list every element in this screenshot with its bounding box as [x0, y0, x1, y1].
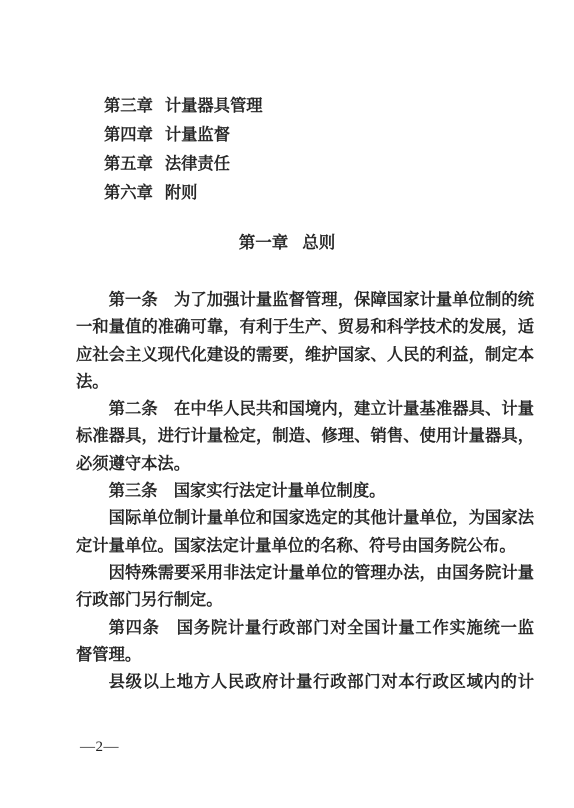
article-paragraph: 第四条 国务院计量行政部门对全国计量工作实施统一监 督管理。: [76, 615, 534, 670]
toc-chapter-number: 第四章: [104, 126, 153, 144]
article-paragraph: 第三条 国家实行法定计量单位制度。: [76, 478, 534, 505]
toc-chapter-number: 第三章: [104, 97, 153, 115]
toc-row: 第五章法律责任: [104, 150, 263, 179]
document-page: 第三章计量器具管理 第四章计量监督 第五章法律责任 第六章附则 第一章总则 第一…: [0, 0, 574, 808]
text-line: 第一条 为了加强计量监督管理，保障国家计量单位制的统: [76, 287, 534, 314]
article-paragraph: 国际单位制计量单位和国家选定的其他计量单位，为国家法 定计量单位。国家法定计量单…: [76, 505, 534, 560]
chapter-heading: 第一章总则: [0, 230, 574, 257]
text-line: 法。: [76, 369, 534, 396]
toc-chapter-number: 第六章: [104, 184, 153, 202]
text-line: 必须遵守本法。: [76, 451, 534, 478]
text-line: 国际单位制计量单位和国家选定的其他计量单位，为国家法: [76, 505, 534, 532]
text-line: 因特殊需要采用非法定计量单位的管理办法，由国务院计量: [76, 560, 534, 587]
text-line: 县级以上地方人民政府计量行政部门对本行政区域内的计: [76, 669, 534, 696]
toc-row: 第三章计量器具管理: [104, 92, 263, 121]
text-line: 第四条 国务院计量行政部门对全国计量工作实施统一监: [76, 615, 534, 642]
text-line: 第二条 在中华人民共和国境内，建立计量基准器具、计量: [76, 396, 534, 423]
article-paragraph: 县级以上地方人民政府计量行政部门对本行政区域内的计: [76, 669, 534, 696]
article-paragraph: 第二条 在中华人民共和国境内，建立计量基准器具、计量 标准器具，进行计量检定，制…: [76, 396, 534, 478]
chapter-heading-title: 总则: [302, 234, 335, 252]
article-text-block: 第一条 为了加强计量监督管理，保障国家计量单位制的统 一和量值的准确可靠，有利于…: [76, 287, 534, 696]
text-line: 一和量值的准确可靠，有利于生产、贸易和科学技术的发展，适: [76, 314, 534, 341]
article-paragraph: 第一条 为了加强计量监督管理，保障国家计量单位制的统 一和量值的准确可靠，有利于…: [76, 287, 534, 396]
article-paragraph: 因特殊需要采用非法定计量单位的管理办法，由国务院计量 行政部门另行制定。: [76, 560, 534, 615]
table-of-contents: 第三章计量器具管理 第四章计量监督 第五章法律责任 第六章附则: [104, 92, 263, 208]
toc-row: 第六章附则: [104, 179, 263, 208]
page-number: —2—: [80, 737, 119, 757]
toc-chapter-number: 第五章: [104, 155, 153, 173]
text-line: 标准器具，进行计量检定，制造、修理、销售、使用计量器具，: [76, 423, 534, 450]
chapter-heading-number: 第一章: [239, 234, 289, 252]
text-line: 督管理。: [76, 642, 534, 669]
toc-chapter-title: 计量器具管理: [165, 97, 263, 115]
text-line: 应社会主义现代化建设的需要，维护国家、人民的利益，制定本: [76, 342, 534, 369]
text-line: 定计量单位。国家法定计量单位的名称、符号由国务院公布。: [76, 533, 534, 560]
toc-row: 第四章计量监督: [104, 121, 263, 150]
text-line: 行政部门另行制定。: [76, 587, 534, 614]
text-line: 第三条 国家实行法定计量单位制度。: [76, 478, 534, 505]
toc-chapter-title: 计量监督: [165, 126, 230, 144]
toc-chapter-title: 法律责任: [165, 155, 230, 173]
toc-chapter-title: 附则: [165, 184, 198, 202]
